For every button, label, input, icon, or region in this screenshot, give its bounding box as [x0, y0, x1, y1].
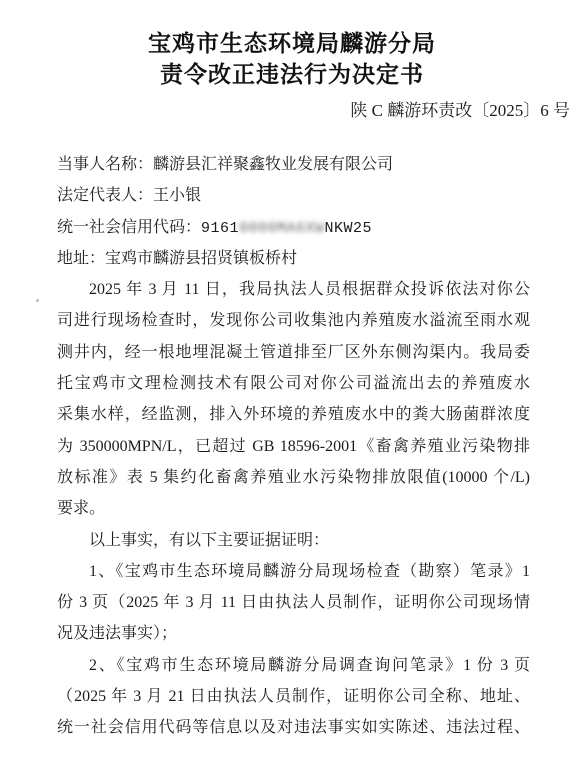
paragraph-evidence-intro: 以上事实，有以下主要证据证明： — [57, 525, 530, 556]
text-line: 况及违法事实）； — [57, 618, 530, 649]
credit-code-suffix: NKW25 — [325, 220, 373, 237]
credit-code-redacted: 0000MA6XW — [239, 220, 325, 237]
text-line: 2、《宝鸡市生态环境局麟游分局调查询问笔录》1 份 3 页 — [57, 650, 530, 681]
field-address: 地址：宝鸡市麟游县招贤镇板桥村 — [57, 243, 530, 274]
text-line: 托宝鸡市文理检测技术有限公司对你公司溢流出去的养殖废水 — [57, 368, 530, 399]
title-line-2: 责令改正违法行为决定书 — [0, 59, 584, 90]
field-address-value: 宝鸡市麟游县招贤镇板桥村 — [105, 250, 297, 267]
text-line: 统一社会信用代码等信息以及对违法事实如实陈述、违法过程、 — [57, 712, 530, 743]
text-line: 2025 年 3 月 11 日，我局执法人员根据群众投诉依法对你公 — [57, 274, 530, 305]
text-line: 测井内，经一根地埋混凝土管道排至厂区外东侧沟渠内。我局委 — [57, 337, 530, 368]
scan-speckle — [36, 299, 39, 302]
document-body: 当事人名称：麟游县汇祥聚鑫牧业发展有限公司 法定代表人：王小银 统一社会信用代码… — [57, 149, 530, 744]
doc-number: 陕 C 麟游环责改〔2025〕6 号 — [350, 100, 570, 122]
field-legal-rep: 法定代表人：王小银 — [57, 180, 530, 211]
decision-document-page: 宝鸡市生态环境局麟游分局 责令改正违法行为决定书 陕 C 麟游环责改〔2025〕… — [0, 0, 584, 767]
paragraph-facts: 2025 年 3 月 11 日，我局执法人员根据群众投诉依法对你公司进行现场检查… — [57, 274, 530, 524]
text-line: 放标准》表 5 集约化畜禽养殖业水污染物排放限值(10000 个/L) — [57, 462, 530, 493]
field-credit-code-label: 统一社会信用代码： — [57, 219, 201, 236]
field-legal-rep-value: 王小银 — [153, 187, 201, 204]
text-line: 1、《宝鸡市生态环境局麟游分局现场检查（勘察）笔录》1 — [57, 556, 530, 587]
text-line: 采集水样，经监测，排入外环境的养殖废水中的粪大肠菌群浓度 — [57, 399, 530, 430]
field-party-name: 当事人名称：麟游县汇祥聚鑫牧业发展有限公司 — [57, 149, 530, 180]
field-address-label: 地址： — [57, 250, 105, 267]
field-party-name-label: 当事人名称： — [57, 156, 153, 173]
field-legal-rep-label: 法定代表人： — [57, 187, 153, 204]
paragraph-evidence-item-1: 1、《宝鸡市生态环境局麟游分局现场检查（勘察）笔录》1份 3 页（2025 年 … — [57, 556, 530, 650]
credit-code-prefix: 9161 — [201, 220, 239, 237]
text-line: 份 3 页（2025 年 3 月 11 日由执法人员制作，证明你公司现场情 — [57, 587, 530, 618]
text-line: （2025 年 3 月 21 日由执法人员制作，证明你公司全称、地址、 — [57, 681, 530, 712]
paragraph-evidence-item-2: 2、《宝鸡市生态环境局麟游分局调查询问笔录》1 份 3 页（2025 年 3 月… — [57, 650, 530, 744]
text-line: 以上事实，有以下主要证据证明： — [57, 525, 530, 556]
text-line: 要求。 — [57, 493, 530, 524]
document-title: 宝鸡市生态环境局麟游分局 责令改正违法行为决定书 — [0, 28, 584, 90]
title-line-1: 宝鸡市生态环境局麟游分局 — [0, 28, 584, 59]
field-credit-code: 统一社会信用代码：91610000MA6XWNKW25 — [57, 212, 530, 243]
text-line: 司进行现场检查时，发现你公司收集池内养殖废水溢流至雨水观 — [57, 305, 530, 336]
text-line: 为 350000MPN/L，已超过 GB 18596-2001《畜禽养殖业污染物… — [57, 431, 530, 462]
field-party-name-value: 麟游县汇祥聚鑫牧业发展有限公司 — [153, 156, 393, 173]
